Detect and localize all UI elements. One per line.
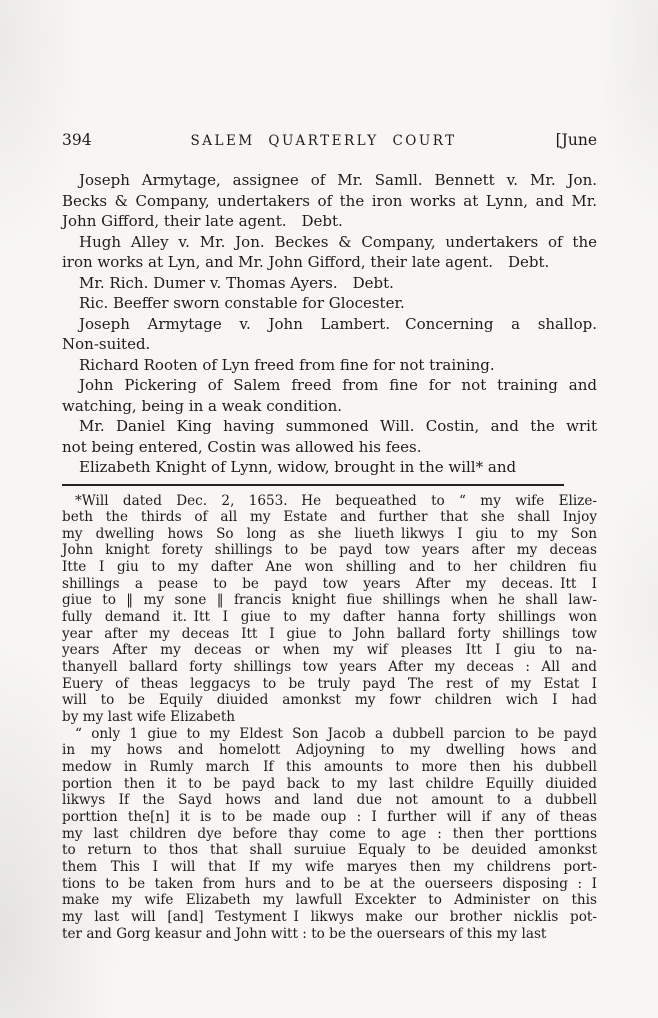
text-line: by my last wife Elizabeth	[62, 709, 597, 726]
text-line: make my wife Elizabeth my lawfull Excekt…	[62, 892, 597, 909]
paragraph-king-costin: Mr. Daniel King having summoned Will. Co…	[62, 416, 597, 457]
text-line: Mr. Daniel King having summoned Will. Co…	[62, 416, 597, 437]
footnote-will-text: *Will dated Dec. 2, 1653. He bequeathed …	[62, 493, 597, 943]
footnote-paragraph-1: *Will dated Dec. 2, 1653. He bequeathed …	[62, 493, 597, 726]
text-line: John Pickering of Salem freed from fine …	[62, 375, 597, 396]
text-line: fully demand it. Itt I giue to my dafter…	[62, 609, 597, 626]
text-line: Elizabeth Knight of Lynn, widow, brought…	[62, 457, 597, 478]
text-line: Joseph Armytage, assignee of Mr. Samll. …	[62, 170, 597, 191]
running-title: SALEM QUARTERLY COURT	[191, 131, 457, 151]
text-line: likwys If the Sayd hows and land due not…	[62, 792, 597, 809]
court-record-text: Joseph Armytage, assignee of Mr. Samll. …	[62, 170, 597, 478]
text-line: to return to thos that shall suruiue Equ…	[62, 842, 597, 859]
text-line: giue to ‖ my sone ‖ francis knight fiue …	[62, 592, 597, 609]
text-line: my last will [and] Testyment I likwys ma…	[62, 909, 597, 926]
text-line: John knight forety shillings to be payd …	[62, 542, 597, 559]
text-line: watching, being in a weak condition.	[62, 396, 597, 417]
scanned-book-page: 394 SALEM QUARTERLY COURT [June Joseph A…	[0, 0, 658, 1018]
text-line: will to be Equily diuided amonkst my fow…	[62, 692, 597, 709]
text-line: thanyell ballard forty shillings tow yea…	[62, 659, 597, 676]
text-line: Mr. Rich. Dumer v. Thomas Ayers. Debt.	[62, 273, 597, 294]
paragraph-pickering-fine: John Pickering of Salem freed from fine …	[62, 375, 597, 416]
text-line: portion then it to be payd back to my la…	[62, 776, 597, 793]
text-line: Non-suited.	[62, 334, 597, 355]
text-line: shillings a pease to be payd tow years A…	[62, 576, 597, 593]
text-line: Itte I giu to my dafter Ane won shilling…	[62, 559, 597, 576]
paragraph-dumer-v-ayers: Mr. Rich. Dumer v. Thomas Ayers. Debt.	[62, 273, 597, 294]
issue-month: [June	[556, 130, 597, 150]
paragraph-knight-will: Elizabeth Knight of Lynn, widow, brought…	[62, 457, 597, 478]
text-line: my dwelling hows So long as she liueth l…	[62, 526, 597, 543]
paragraph-rooten-fine: Richard Rooten of Lyn freed from fine fo…	[62, 355, 597, 376]
running-header: 394 SALEM QUARTERLY COURT [June	[62, 130, 597, 151]
text-line: “ only 1 giue to my Eldest Son Jacob a d…	[62, 726, 597, 743]
page-number: 394	[62, 130, 92, 150]
text-line: beth the thirds of all my Estate and fur…	[62, 509, 597, 526]
text-line: tions to be taken from hurs and to be at…	[62, 876, 597, 893]
text-line: Euery of theas leggacys to be truly payd…	[62, 676, 597, 693]
text-line: Ric. Beeffer sworn constable for Glocest…	[62, 293, 597, 314]
text-line: medow in Rumly march If this amounts to …	[62, 759, 597, 776]
paragraph-alley-v-beckes: Hugh Alley v. Mr. Jon. Beckes & Company,…	[62, 232, 597, 273]
paragraph-beeffer-constable: Ric. Beeffer sworn constable for Glocest…	[62, 293, 597, 314]
paragraph-armytage-v-becks: Joseph Armytage, assignee of Mr. Samll. …	[62, 170, 597, 232]
text-line: porttion the[n] it is to be made oup : I…	[62, 809, 597, 826]
paragraph-armytage-v-lambert: Joseph Armytage v. John Lambert. Concern…	[62, 314, 597, 355]
page-content: 394 SALEM QUARTERLY COURT [June Joseph A…	[62, 130, 597, 942]
footnote-rule	[62, 484, 564, 486]
text-line: year after my deceas Itt I giue to John …	[62, 626, 597, 643]
text-line: ter and Gorg keasur and John witt : to b…	[62, 926, 597, 943]
text-line: Joseph Armytage v. John Lambert. Concern…	[62, 314, 597, 335]
text-line: Becks & Company, undertakers of the iron…	[62, 191, 597, 212]
text-line: them This I will that If my wife maryes …	[62, 859, 597, 876]
text-line: Richard Rooten of Lyn freed from fine fo…	[62, 355, 597, 376]
text-line: *Will dated Dec. 2, 1653. He bequeathed …	[62, 493, 597, 510]
text-line: iron works at Lyn, and Mr. John Gifford,…	[62, 252, 597, 273]
text-line: in my hows and homelott Adjoyning to my …	[62, 742, 597, 759]
footnote-paragraph-2: “ only 1 giue to my Eldest Son Jacob a d…	[62, 726, 597, 943]
text-line: John Gifford, their late agent. Debt.	[62, 211, 597, 232]
text-line: my last children dye before thay come to…	[62, 826, 597, 843]
text-line: Hugh Alley v. Mr. Jon. Beckes & Company,…	[62, 232, 597, 253]
text-line: not being entered, Costin was allowed hi…	[62, 437, 597, 458]
text-line: years After my deceas or when my wif ple…	[62, 642, 597, 659]
